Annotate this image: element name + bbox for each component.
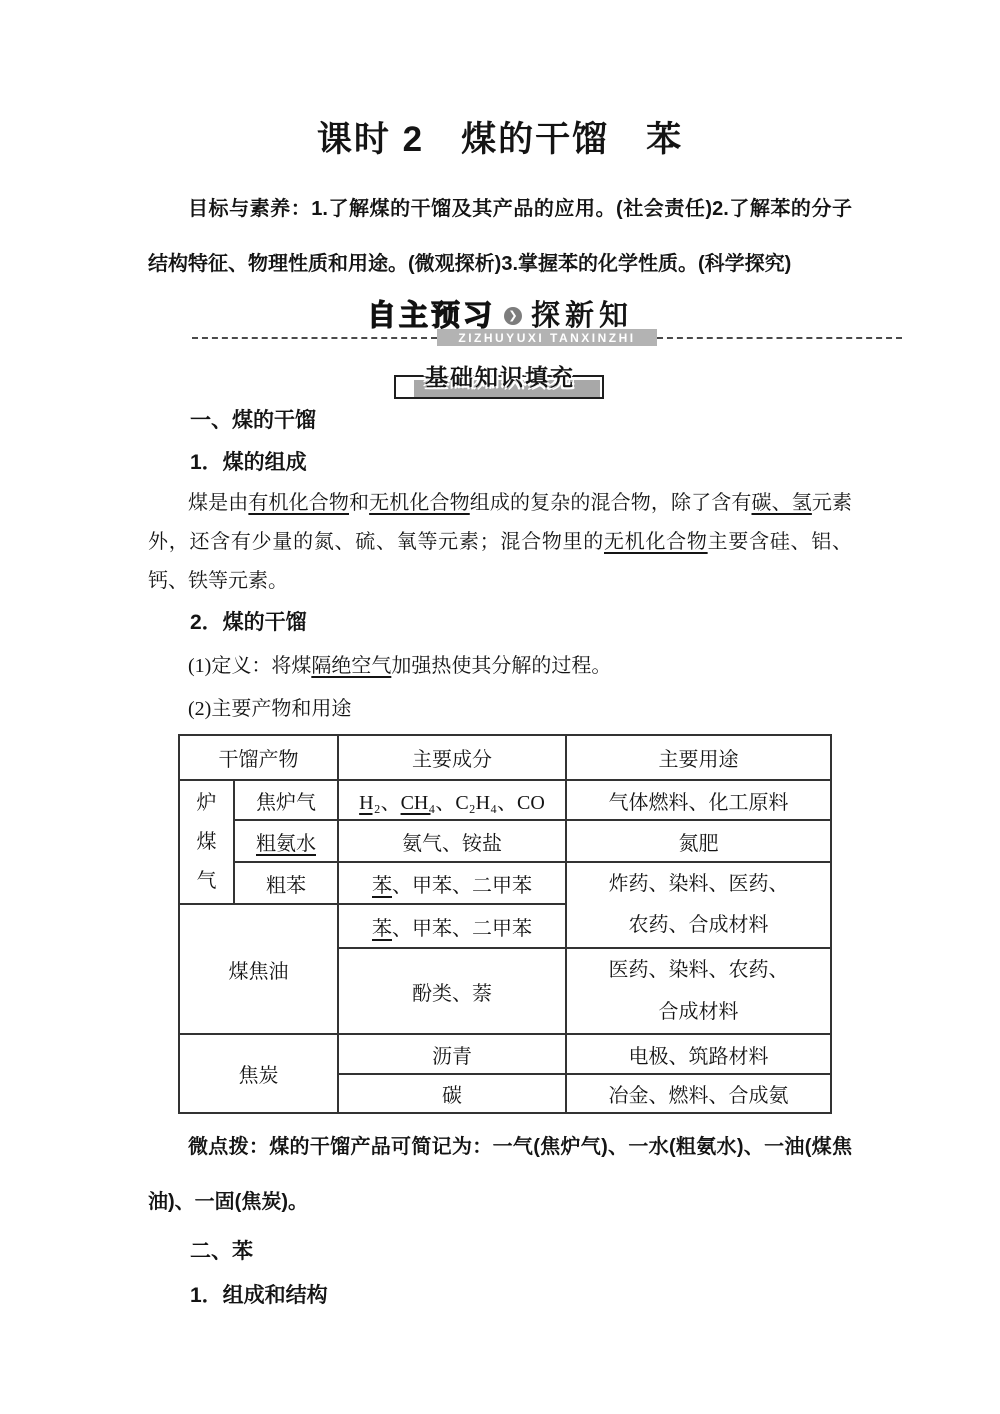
table-row-crude-benzene: 粗苯 苯、甲苯、二甲苯 炸药、染料、医药、农药、合成材料 [179, 862, 831, 904]
section-heading-coal: 一、煤的干馏 [148, 400, 852, 442]
table-cell-pitch-use: 电极、筑路材料 [566, 1034, 831, 1074]
paragraph-definition: (1)定义：将煤隔绝空气加强热使其分解的过程。 [148, 645, 852, 688]
table-header-use: 主要用途 [566, 735, 831, 780]
table-cell-ammonia-water: 粗氨水 [234, 820, 338, 862]
banner-pinyin-bar: ZIZHUYUXI TANXINZHI [437, 329, 657, 346]
table-cell-carbon-use: 冶金、燃料、合成氨 [566, 1074, 831, 1113]
banner: 自主预习 ❯ 探新知 ZIZHUYUXI TANXINZHI [148, 300, 852, 346]
table-cell-coal-tar: 煤焦油 [179, 904, 338, 1034]
table-row-ammonia-water: 粗氨水 氨气、铵盐 氮肥 [179, 820, 831, 862]
section-heading-benzene: 二、苯 [148, 1230, 852, 1274]
table-header-product: 干馏产物 [179, 735, 338, 780]
table-cell-coke-oven-gas-use: 气体燃料、化工原料 [566, 780, 831, 820]
table-cell-carbon-comp: 碳 [338, 1074, 566, 1113]
banner-title-row: 自主预习 ❯ 探新知 [148, 300, 852, 332]
paragraph-micro-tip: 微点拨：煤的干馏产品可简记为：一气(焦炉气)、一水(粗氨水)、一油(煤焦油)、一… [148, 1120, 852, 1230]
table-cell-coke: 焦炭 [179, 1034, 338, 1113]
badge-label: 基础知识填充 [394, 362, 606, 392]
table-header-composition: 主要成分 [338, 735, 566, 780]
banner-divider: ZIZHUYUXI TANXINZHI [192, 329, 902, 346]
paragraph-coal-composition: 煤是由有机化合物和无机化合物组成的复杂的混合物，除了含有碳、氢元素外，还含有少量… [148, 484, 852, 601]
banner-left-label: 自主预习 [367, 300, 495, 332]
table-cell-phenols-comp: 酚类、萘 [338, 948, 566, 1034]
table-cell-crude-benzene: 粗苯 [234, 862, 338, 904]
products-table: 干馏产物 主要成分 主要用途 炉煤气 焦炉气 H₂、CH₄、C₂H₄、CO 气体… [178, 734, 832, 1114]
subsection-coal-composition: 1．煤的组成 [148, 442, 852, 484]
table-cell-crude-benzene-use: 炸药、染料、医药、农药、合成材料 [566, 862, 831, 948]
table-row-pitch: 焦炭 沥青 电极、筑路材料 [179, 1034, 831, 1074]
table-cell-ammonia-water-use: 氮肥 [566, 820, 831, 862]
table-cell-gas-group: 炉煤气 [179, 780, 234, 904]
paragraph-products-label: (2)主要产物和用途 [148, 688, 852, 730]
table-cell-ammonia-water-comp: 氨气、铵盐 [338, 820, 566, 862]
table-cell-coke-oven-gas: 焦炉气 [234, 780, 338, 820]
table-cell-crude-benzene-comp: 苯、甲苯、二甲苯 [338, 862, 566, 904]
table-row-coke-oven-gas: 炉煤气 焦炉气 H₂、CH₄、C₂H₄、CO 气体燃料、化工原料 [179, 780, 831, 820]
page-title: 课时 2 煤的干馏 苯 [148, 0, 852, 162]
table-cell-phenols-use: 医药、染料、农药、合成材料 [566, 948, 831, 1034]
knowledge-fill-badge: 基础知识填充 [394, 362, 606, 400]
table-cell-coke-oven-gas-comp: H₂、CH₄、C₂H₄、CO [338, 780, 566, 820]
document-page: 课时 2 煤的干馏 苯 目标与素养：1.了解煤的干馏及其产品的应用。(社会责任)… [0, 0, 1000, 1318]
subsection-coal-distillation: 2．煤的干馏 [148, 601, 852, 645]
table-cell-pitch-comp: 沥青 [338, 1034, 566, 1074]
subsection-benzene-structure: 1．组成和结构 [148, 1274, 852, 1318]
table-cell-coal-tar-comp: 苯、甲苯、二甲苯 [338, 904, 566, 948]
banner-right-label: 探新知 [531, 300, 633, 332]
table-header-row: 干馏产物 主要成分 主要用途 [179, 735, 831, 780]
objectives-text: 目标与素养：1.了解煤的干馏及其产品的应用。(社会责任)2.了解苯的分子结构特征… [148, 182, 852, 292]
chevron-circle-icon: ❯ [504, 307, 522, 325]
